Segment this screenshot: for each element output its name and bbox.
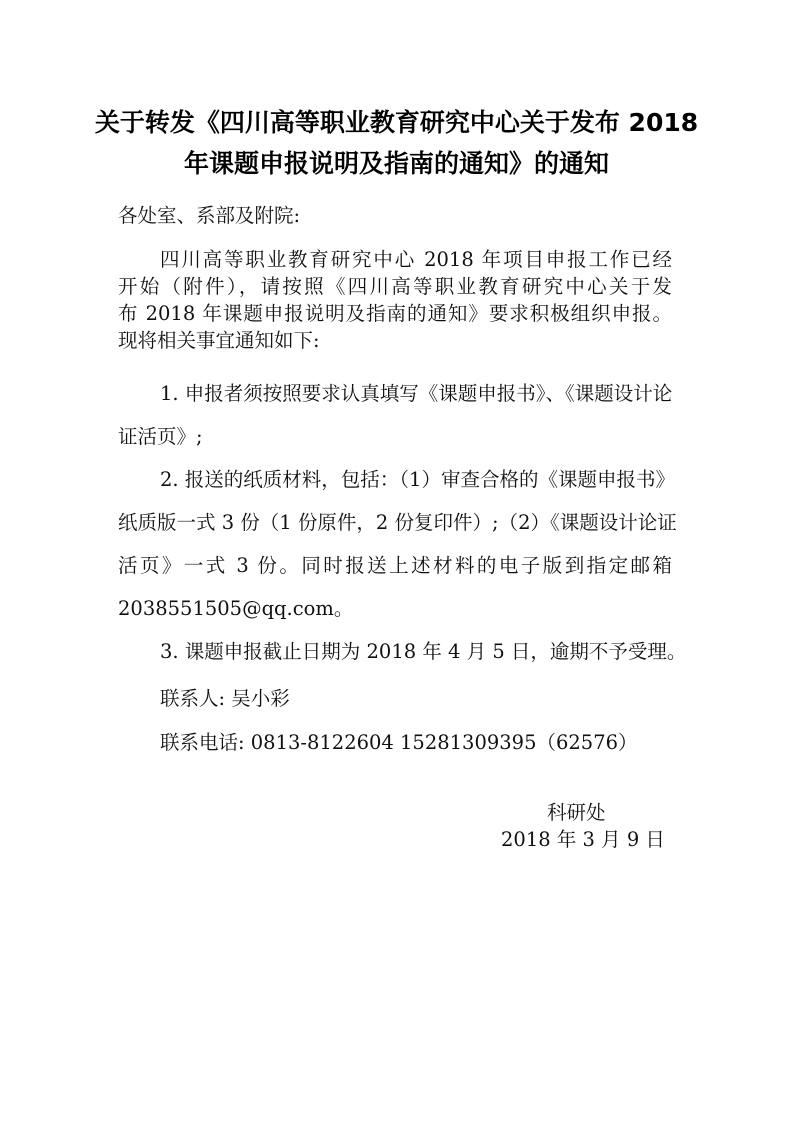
item-2-email: 2038551505@qq.com。 xyxy=(118,593,353,621)
item-1-line-1: 1. 申报者须按照要求认真填写《课题申报书》、《课题设计论 xyxy=(160,378,672,406)
intro-line-1: 四川高等职业教育研究中心 2018 年项目申报工作已经 xyxy=(160,244,672,272)
item-2-line-1: 2. 报送的纸质材料，包括：（1）审查合格的《课题申报书》 xyxy=(160,464,672,492)
item-2-line-3-text: 活页》一式 3 份。同时报送上述材料的电子版到指定邮箱 xyxy=(118,550,672,578)
intro-line-2: 开始（附件），请按照《四川高等职业教育研究中心关于发 xyxy=(118,271,672,299)
item-2-line-3: 活页》一式 3 份。同时报送上述材料的电子版到指定邮箱 xyxy=(118,550,672,578)
intro-line-3: 布 2018 年课题申报说明及指南的通知》要求积极组织申报。 xyxy=(118,298,672,326)
document-title-line-2: 年课题申报说明及指南的通知》的通知 xyxy=(0,144,793,180)
item-2-line-2: 纸质版一式 3 份（1 份原件，2 份复印件）;（2）《课题设计论证 xyxy=(118,507,672,535)
contact-person: 联系人: 吴小彩 xyxy=(160,683,290,711)
contact-phone: 联系电话: 0813-8122604 15281309395（62576） xyxy=(160,727,638,755)
item-2-line-2-text: 纸质版一式 3 份（1 份原件，2 份复印件）;（2）《课题设计论证 xyxy=(118,507,672,535)
intro-line-2-text: 开始（附件），请按照《四川高等职业教育研究中心关于发 xyxy=(118,271,672,299)
document-page: 关于转发《四川高等职业教育研究中心关于发布 2018 年课题申报说明及指南的通知… xyxy=(0,0,793,1122)
intro-line-1-text: 四川高等职业教育研究中心 2018 年项目申报工作已经 xyxy=(160,244,672,272)
item-3-line-1: 3. 课题申报截止日期为 2018 年 4 月 5 日，逾期不予受理。 xyxy=(160,636,686,664)
item-2-line-1-text: 2. 报送的纸质材料，包括：（1）审查合格的《课题申报书》 xyxy=(160,464,672,492)
item-1-line-2: 证活页》; xyxy=(118,421,203,449)
signature-date: 2018 年 3 月 9 日 xyxy=(501,824,665,852)
salutation: 各处室、系部及附院: xyxy=(118,200,300,228)
item-1-line-1-text: 1. 申报者须按照要求认真填写《课题申报书》、《课题设计论 xyxy=(160,378,672,406)
signature-department: 科研处 xyxy=(547,797,606,825)
intro-line-3-text: 布 2018 年课题申报说明及指南的通知》要求积极组织申报。 xyxy=(118,298,672,326)
intro-line-4: 现将相关事宜通知如下: xyxy=(118,325,320,353)
document-title-line-1: 关于转发《四川高等职业教育研究中心关于发布 2018 xyxy=(0,103,793,139)
